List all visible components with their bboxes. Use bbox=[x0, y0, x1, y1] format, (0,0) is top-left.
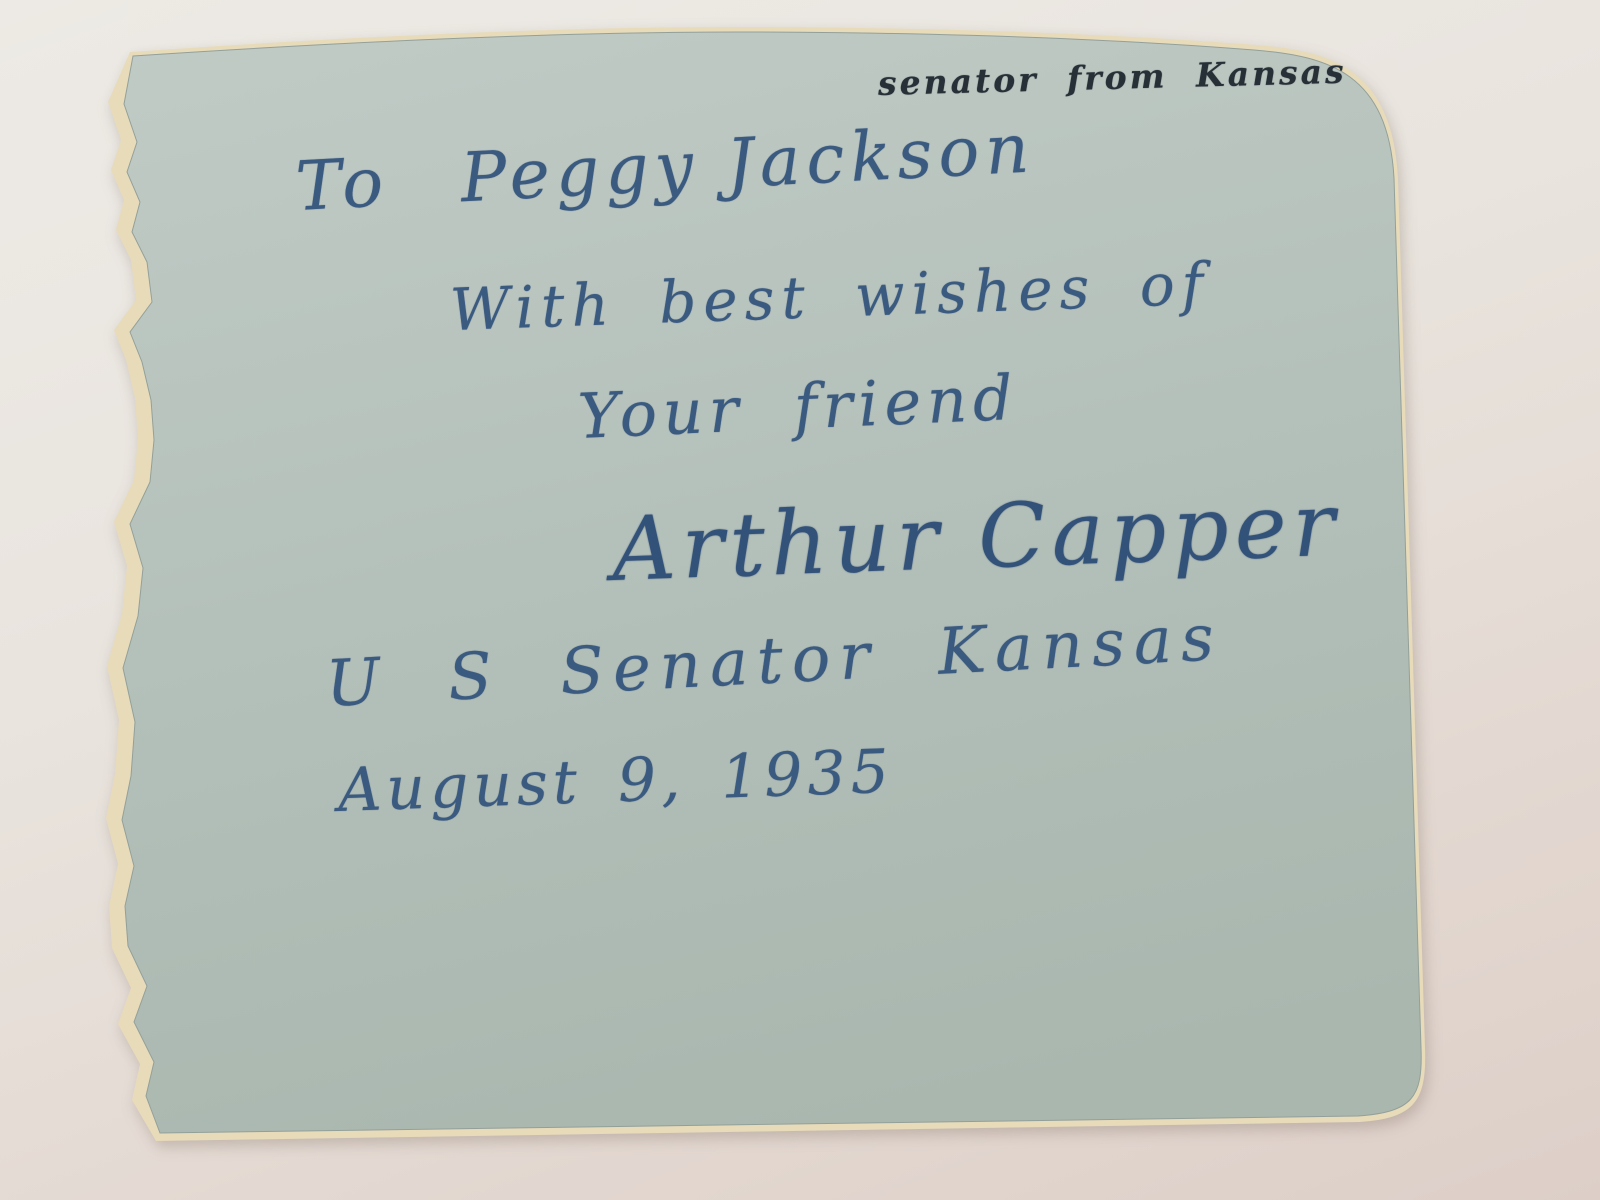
recipient-name: Peggy Jackson bbox=[459, 109, 1037, 218]
salutation-to: To bbox=[294, 143, 391, 227]
inscription-line-title: U S Senator Kansas bbox=[324, 601, 1224, 722]
inscription-line-wishes: With best wishes of bbox=[449, 249, 1211, 343]
inscription-line-date: August 9, 1935 bbox=[337, 737, 895, 826]
handwriting-layer: senator from Kansas ToPeggy Jackson With… bbox=[0, 0, 1600, 1200]
inscription-line-friend: Your friend bbox=[576, 361, 1020, 453]
inscription-line-salutation: ToPeggy Jackson bbox=[294, 109, 1037, 227]
annotation-senator-from-kansas: senator from Kansas bbox=[877, 52, 1347, 103]
photo-backdrop: senator from Kansas ToPeggy Jackson With… bbox=[0, 0, 1600, 1200]
signature-arthur-capper: Arthur Capper bbox=[610, 473, 1342, 601]
